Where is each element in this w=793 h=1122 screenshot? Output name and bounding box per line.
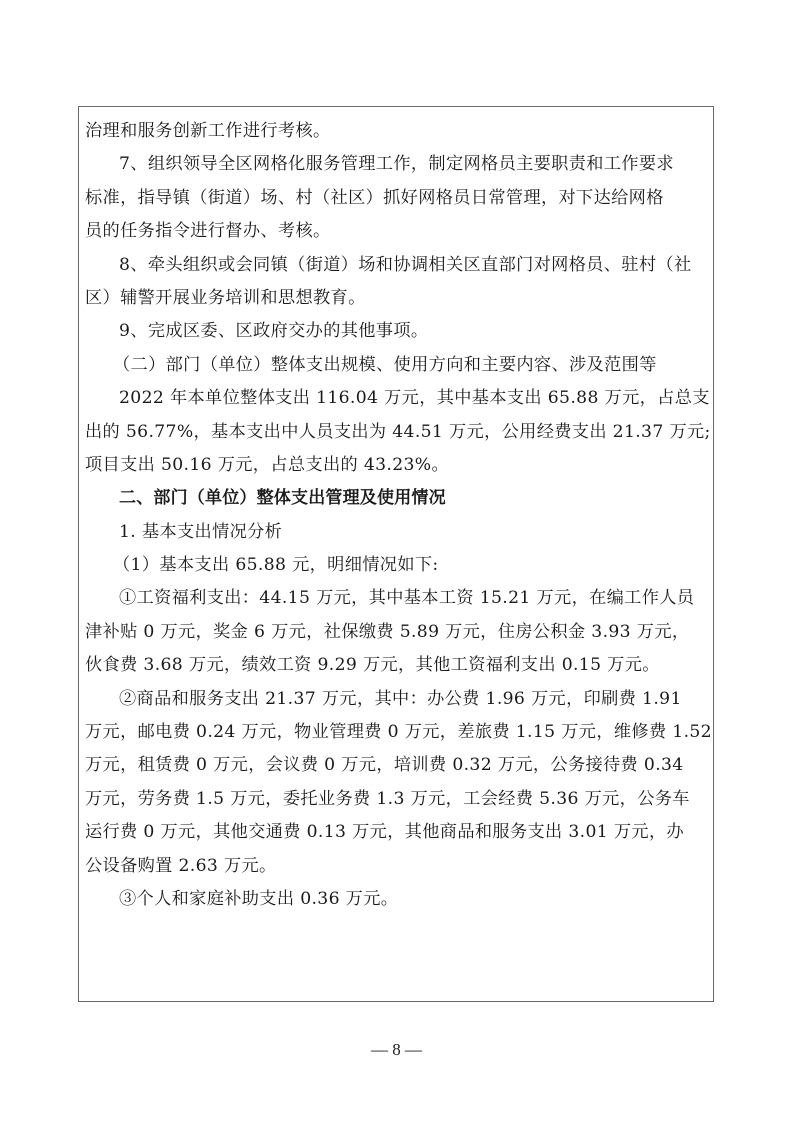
- subsection-title: （二）部门（单位）整体支出规模、使用方向和主要内容、涉及范围等: [85, 349, 709, 382]
- paragraph-line-wages: ①工资福利支出：44.15 万元，其中基本工资 15.21 万元，在编工作人员: [85, 582, 709, 615]
- paragraph-line: 万元，劳务费 1.5 万元，委托业务费 1.3 万元，工会经费 5.36 万元，…: [85, 783, 709, 816]
- paragraph-line: 万元，邮电费 0.24 万元，物业管理费 0 万元，差旅费 1.15 万元，维修…: [85, 716, 709, 749]
- section-heading: 二、部门（单位）整体支出管理及使用情况: [85, 482, 709, 515]
- paragraph-line-item-9: 9、完成区委、区政府交办的其他事项。: [85, 315, 709, 348]
- paragraph-line-item-8: 8、牵头组织或会同镇（街道）场和协调相关区直部门对网格员、驻村（社: [85, 249, 709, 282]
- page-number: — 8 —: [0, 1040, 793, 1060]
- subsection-title: 1. 基本支出情况分析: [85, 516, 709, 549]
- paragraph-line: 出的 56.77%，基本支出中人员支出为 44.51 万元，公用经费支出 21.…: [85, 416, 709, 449]
- paragraph-line-goods-services: ②商品和服务支出 21.37 万元，其中：办公费 1.96 万元，印刷费 1.9…: [85, 683, 709, 716]
- document-body: 治理和服务创新工作进行考核。 7、组织领导全区网格化服务管理工作，制定网格员主要…: [85, 115, 709, 916]
- paragraph-line: 项目支出 50.16 万元，占总支出的 43.23%。: [85, 449, 709, 482]
- subsection-title: （1）基本支出 65.88 元，明细情况如下:: [85, 549, 709, 582]
- paragraph-line: 运行费 0 万元，其他交通费 0.13 万元，其他商品和服务支出 3.01 万元…: [85, 816, 709, 849]
- paragraph-line: 公设备购置 2.63 万元。: [85, 850, 709, 883]
- paragraph-line: 标准，指导镇（街道）场、村（社区）抓好网格员日常管理，对下达给网格: [85, 182, 709, 215]
- paragraph-line: 伙食费 3.68 万元，绩效工资 9.29 万元，其他工资福利支出 0.15 万…: [85, 649, 709, 682]
- paragraph-line: 万元，租赁费 0 万元，会议费 0 万元，培训费 0.32 万元，公务接待费 0…: [85, 749, 709, 782]
- paragraph-line: 员的任务指令进行督办、考核。: [85, 215, 709, 248]
- paragraph-line: 治理和服务创新工作进行考核。: [85, 115, 709, 148]
- paragraph-line: 津补贴 0 万元，奖金 6 万元，社保缴费 5.89 万元，住房公积金 3.93…: [85, 616, 709, 649]
- content-frame: 治理和服务创新工作进行考核。 7、组织领导全区网格化服务管理工作，制定网格员主要…: [78, 106, 714, 1002]
- paragraph-line-item-7: 7、组织领导全区网格化服务管理工作，制定网格员主要职责和工作要求: [85, 148, 709, 181]
- paragraph-line: 区）辅警开展业务培训和思想教育。: [85, 282, 709, 315]
- paragraph-line-summary: 2022 年本单位整体支出 116.04 万元，其中基本支出 65.88 万元，…: [85, 382, 709, 415]
- paragraph-line-personal-subsidy: ③个人和家庭补助支出 0.36 万元。: [85, 883, 709, 916]
